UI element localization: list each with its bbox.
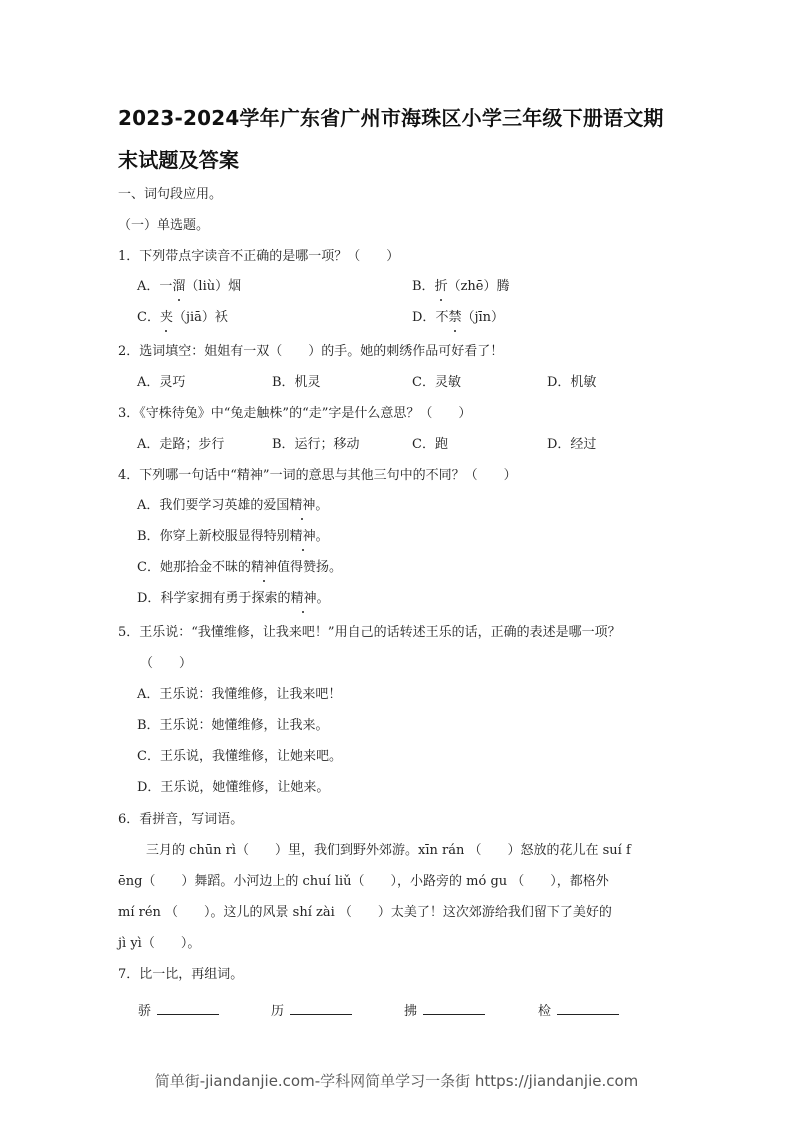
question-6-paragraph-line-1: 三月的 chūn rì（ ）里，我们到野外郊游。xīn rán （ ）怒放的花儿… <box>146 842 631 860</box>
option-text: 。 <box>316 591 329 606</box>
question-7-item-4: 检 <box>538 1000 619 1021</box>
option-label: B． <box>137 529 160 544</box>
question-1-stem: 1．下列带点字读音不正确的是哪一项？（ ） <box>118 248 399 266</box>
question-2-option-c: C．灵敏 <box>412 374 461 392</box>
question-7-item-2: 历 <box>271 1000 352 1021</box>
question-3-option-d: D．经过 <box>547 436 596 454</box>
question-6-paragraph-line-3: mí rén （ ）。这儿的风景 shí zài （ ）太美了！这次郊游给我们留… <box>118 904 612 922</box>
question-2-option-b: B．机灵 <box>272 374 321 392</box>
dotted-word: 精神 <box>251 559 277 577</box>
question-6-stem: 6．看拼音，写词语。 <box>118 811 243 829</box>
question-5-option-c: C．王乐说，我懂维修，让她来吧。 <box>137 748 342 766</box>
question-1-option-b: B．折（zhē）腾 <box>412 278 510 296</box>
dotted-word: 精神 <box>290 528 316 546</box>
option-label: A． <box>137 498 159 513</box>
option-text: 。 <box>316 529 329 544</box>
option-label: A． <box>137 279 159 294</box>
option-label: B． <box>412 279 435 294</box>
option-label: D． <box>412 310 435 325</box>
question-1-option-a: A．一溜（liù）烟 <box>137 278 241 296</box>
question-7-stem: 7．比一比，再组词。 <box>118 966 243 984</box>
option-text: 不 <box>435 310 448 325</box>
question-3-option-a: A．走路；步行 <box>137 436 224 454</box>
option-text: 我们要学习英雄的爱国 <box>159 498 289 513</box>
dotted-char: 禁 <box>448 309 461 327</box>
dotted-word: 精神 <box>289 497 315 515</box>
subsection-heading: （一）单选题。 <box>118 217 209 235</box>
dotted-char: 折 <box>435 278 448 296</box>
compare-char: 拂 <box>404 1004 417 1019</box>
compare-char: 检 <box>538 1004 551 1019</box>
question-4-option-d: D．科学家拥有勇于探索的精神。 <box>137 590 329 608</box>
question-2-stem: 2．选词填空：姐姐有一双（ ）的手。她的刺绣作品可好看了！ <box>118 343 503 361</box>
question-4-option-b: B．你穿上新校服显得特别精神。 <box>137 528 329 546</box>
option-text: （zhē）腾 <box>448 279 510 294</box>
option-text: 值得赞扬。 <box>277 560 342 575</box>
question-2-option-a: A．灵巧 <box>137 374 185 392</box>
footer-watermark: 简单街-jiandanjie.com-学科网简单学习一条街 https://ji… <box>0 1070 793 1091</box>
question-5-option-b: B．王乐说：她懂维修，让我来。 <box>137 717 329 735</box>
question-4-stem: 4．下列哪一句话中“精神”一词的意思与其他三句中的不同？（ ） <box>118 467 517 485</box>
question-1-option-c: C．夹（jiā）袄 <box>137 309 228 327</box>
dotted-word: 精神 <box>290 590 316 608</box>
option-label: D． <box>137 591 160 606</box>
answer-blank[interactable] <box>423 1000 485 1015</box>
dotted-char: 溜 <box>172 278 185 296</box>
question-7-item-1: 骄 <box>138 1000 219 1021</box>
question-5-option-a: A．王乐说：我懂维修，让我来吧！ <box>137 686 341 704</box>
option-label: C． <box>137 310 160 325</box>
question-4-option-c: C．她那拾金不昧的精神值得赞扬。 <box>137 559 342 577</box>
question-5-option-d: D．王乐说，她懂维修，让她来。 <box>137 779 329 797</box>
option-label: C． <box>137 560 160 575</box>
question-4-option-a: A．我们要学习英雄的爱国精神。 <box>137 497 328 515</box>
option-text: 科学家拥有勇于探索的 <box>160 591 290 606</box>
question-6-paragraph-line-4: jì yì（ ）。 <box>118 935 200 953</box>
question-5-stem: 5．王乐说：“我懂维修，让我来吧！”用自己的话转述王乐的话，正确的表述是哪一项？ <box>118 624 621 642</box>
option-text: 一 <box>159 279 172 294</box>
option-text: 。 <box>315 498 328 513</box>
answer-blank[interactable] <box>557 1000 619 1015</box>
option-text: （jiā）袄 <box>173 310 228 325</box>
question-5-answer-bracket: （ ） <box>140 655 192 673</box>
document-title-line2: 末试题及答案 <box>118 138 688 182</box>
section-heading: 一、词句段应用。 <box>118 186 222 204</box>
compare-char: 历 <box>271 1004 284 1019</box>
question-6-paragraph-line-2: ēng（ ）舞蹈。小河边上的 chuí liǔ（ ），小路旁的 mó gu （ … <box>118 873 609 891</box>
document-page: 2023-2024学年广东省广州市海珠区小学三年级下册语文期 末试题及答案 一、… <box>0 0 793 1122</box>
option-text: （jīn） <box>461 310 504 325</box>
answer-blank[interactable] <box>290 1000 352 1015</box>
question-1-option-d: D．不禁（jīn） <box>412 309 504 327</box>
question-7-item-3: 拂 <box>404 1000 485 1021</box>
question-3-option-b: B．运行；移动 <box>272 436 360 454</box>
option-text: 她那拾金不昧的 <box>160 560 251 575</box>
question-3-option-c: C．跑 <box>412 436 448 454</box>
question-3-stem: 3．《守株待兔》中“兔走触株”的“走”字是什么意思？（ ） <box>118 405 471 423</box>
dotted-char: 夹 <box>160 309 173 327</box>
option-text: 你穿上新校服显得特别 <box>160 529 290 544</box>
answer-blank[interactable] <box>157 1000 219 1015</box>
option-text: （liù）烟 <box>185 279 241 294</box>
compare-char: 骄 <box>138 1004 151 1019</box>
document-title-line1: 2023-2024学年广东省广州市海珠区小学三年级下册语文期 <box>118 96 688 140</box>
question-2-option-d: D．机敏 <box>547 374 596 392</box>
